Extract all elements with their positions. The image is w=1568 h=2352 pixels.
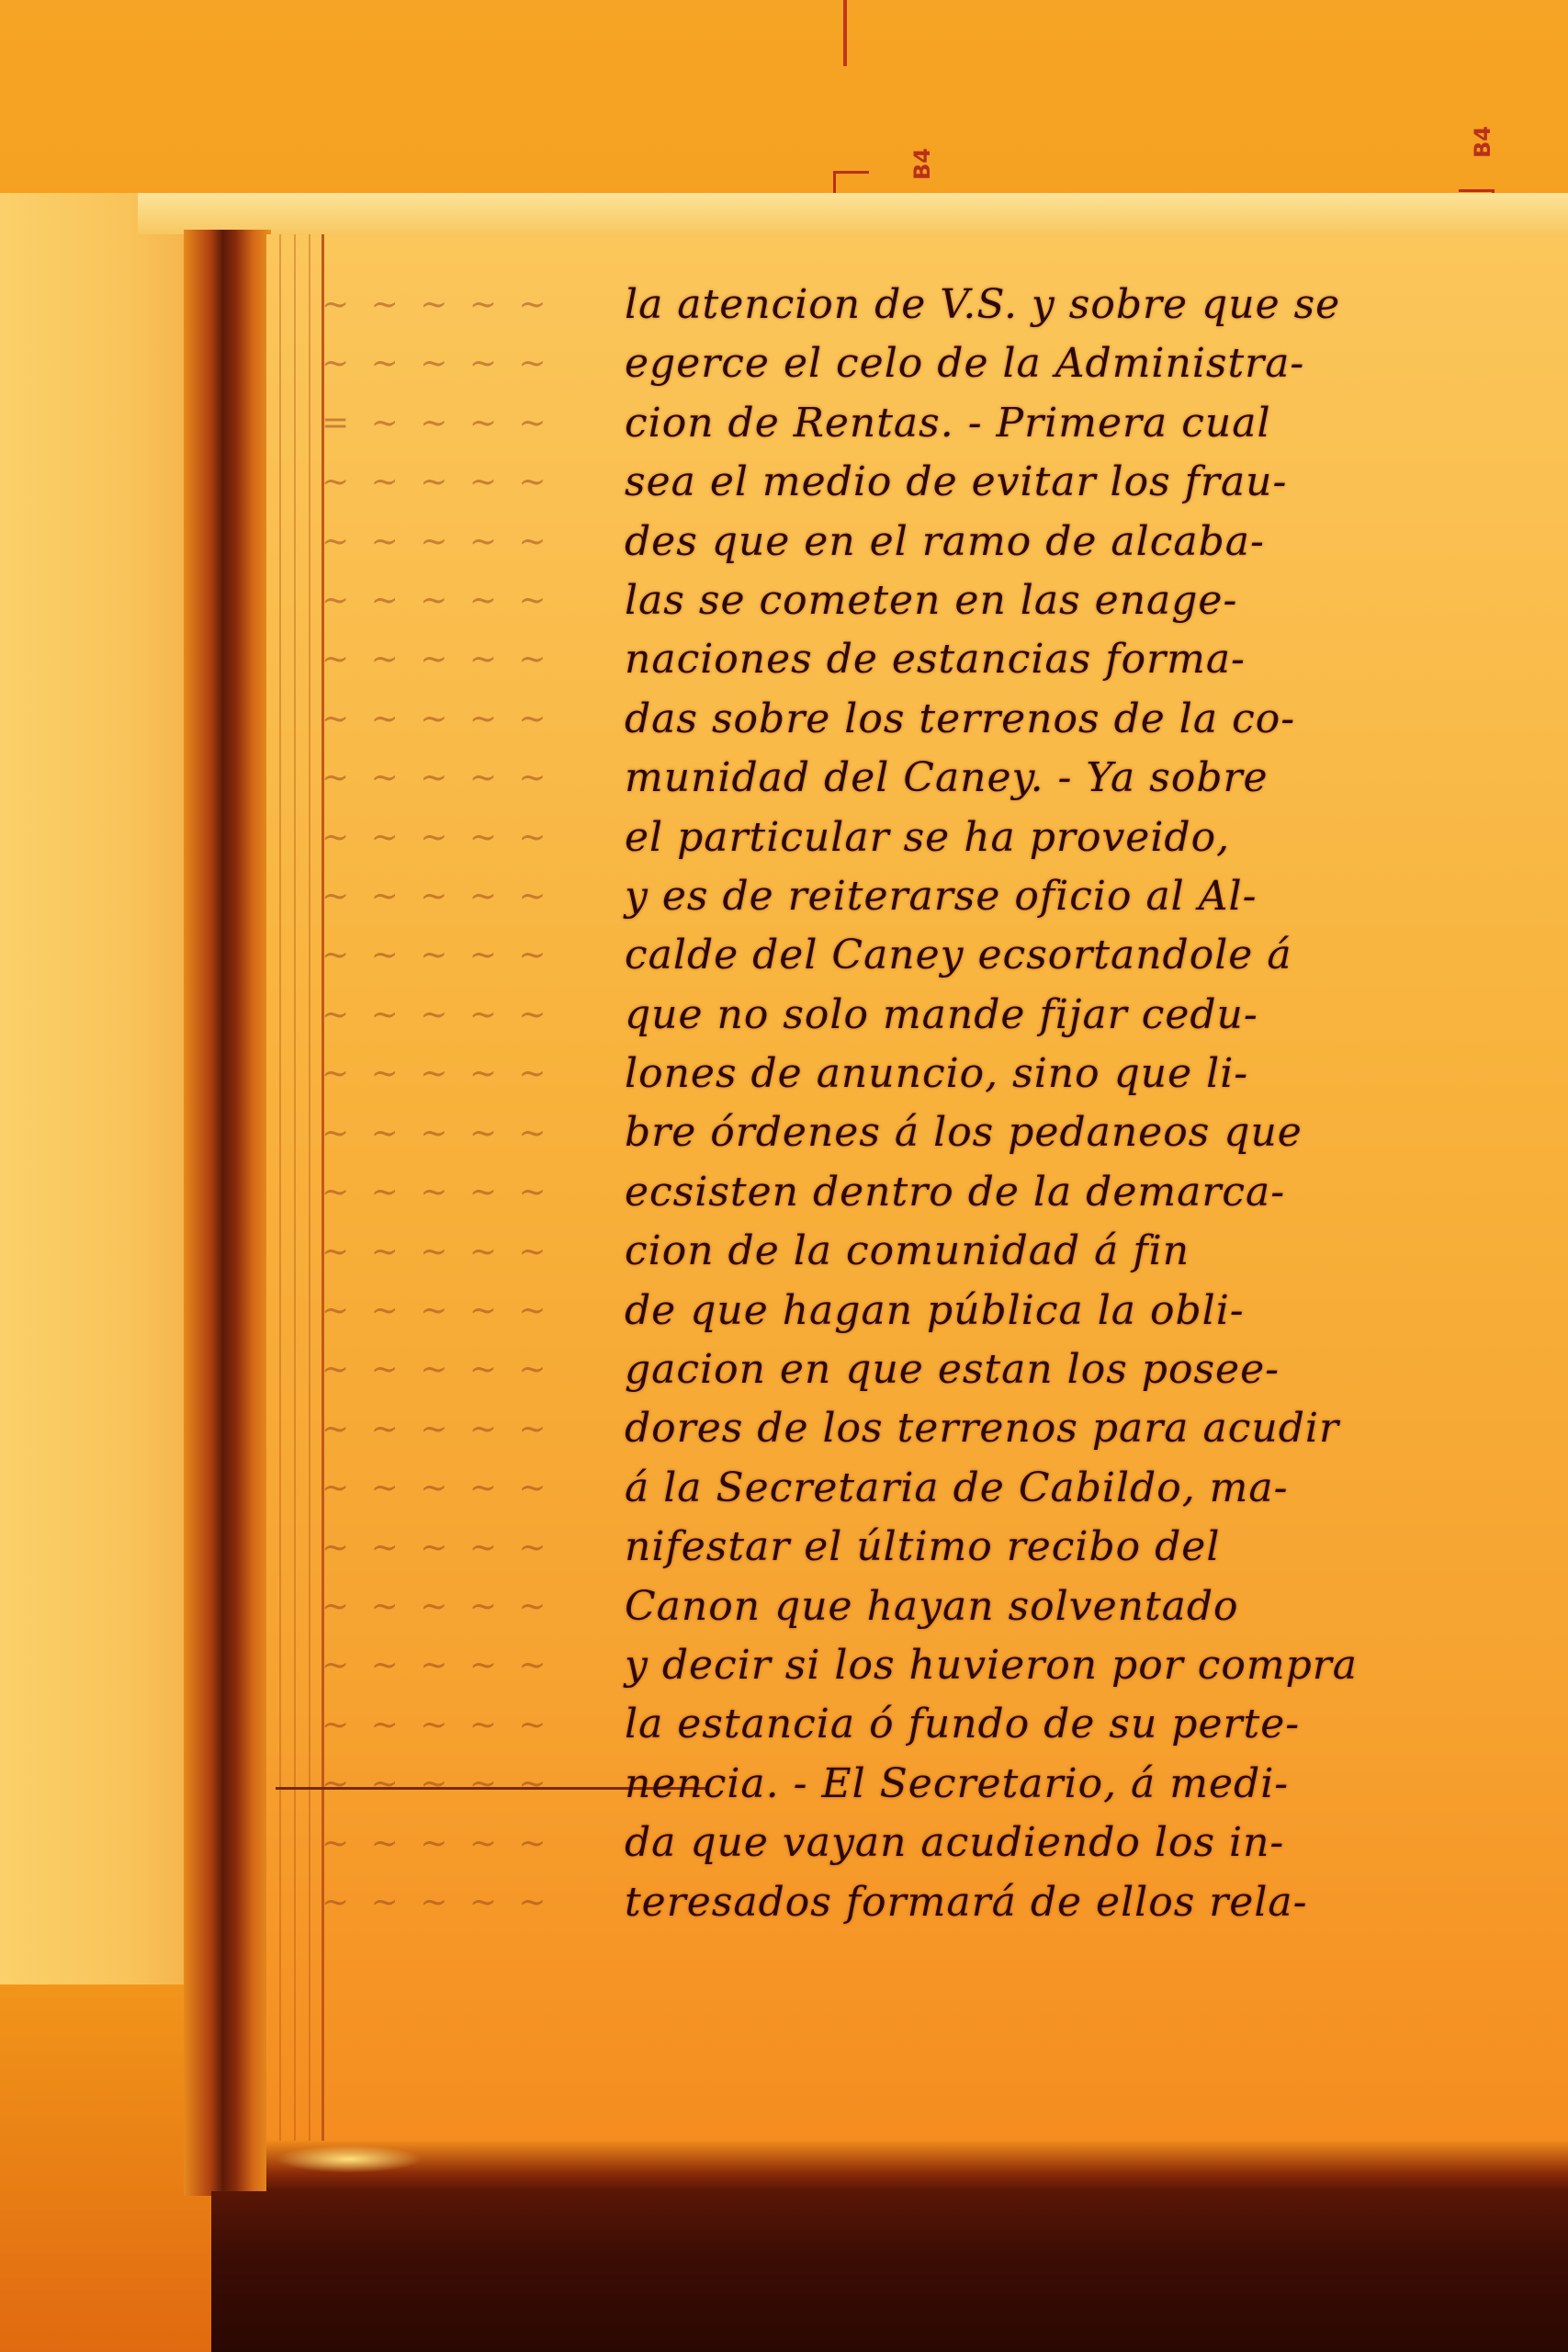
- bleed-line: ~ ~ ~ ~ ~: [321, 630, 625, 689]
- light-glare: [276, 2145, 423, 2173]
- bleed-line: ~ ~ ~ ~ ~: [321, 749, 625, 808]
- bleed-line: ~ ~ ~ ~ ~: [321, 1577, 625, 1636]
- bleed-line: ~ ~ ~ ~ ~: [321, 513, 625, 571]
- bleed-line: ~ ~ ~ ~ ~: [321, 1340, 625, 1399]
- manuscript-line: nencia. - El Secretario, á medi-: [625, 1755, 1543, 1814]
- manuscript-line: das sobre los terrenos de la co-: [625, 690, 1543, 749]
- manuscript-line: la estancia ó fundo de su perte-: [625, 1695, 1543, 1754]
- archive-marker-right: B4: [1470, 126, 1495, 158]
- manuscript-line: ecsisten dentro de la demarca-: [625, 1163, 1543, 1222]
- bleed-line: ~ ~ ~ ~ ~: [321, 808, 625, 867]
- manuscript-text: la atencion de V.S. y sobre que se egerc…: [625, 276, 1543, 1932]
- manuscript-line: y es de reiterarse oficio al Al-: [625, 867, 1543, 926]
- archive-marker-left: B4: [909, 148, 935, 180]
- bleed-line: ~ ~ ~ ~ ~: [321, 1873, 625, 1932]
- paper-top-edge: [138, 193, 1568, 234]
- manuscript-line: da que vayan acudiendo los in-: [625, 1814, 1543, 1872]
- bleed-line: ~ ~ ~ ~ ~: [321, 571, 625, 630]
- manuscript-line: nifestar el último recibo del: [625, 1518, 1543, 1577]
- bleed-line: ~ ~ ~ ~ ~: [321, 1104, 625, 1163]
- manuscript-line: des que en el ramo de alcaba-: [625, 513, 1543, 571]
- facing-sheet: [0, 193, 211, 1984]
- manuscript-line: la atencion de V.S. y sobre que se: [625, 276, 1543, 334]
- manuscript-line: á la Secretaria de Cabildo, ma-: [625, 1459, 1543, 1518]
- bleed-line: ~ ~ ~ ~ ~: [321, 690, 625, 749]
- bleed-line: ~ ~ ~ ~ ~: [321, 1755, 625, 1814]
- bleed-line: ~ ~ ~ ~ ~: [321, 334, 625, 393]
- bleed-line: ~ ~ ~ ~ ~: [321, 867, 625, 926]
- manuscript-line: Canon que hayan solventado: [625, 1577, 1543, 1636]
- manuscript-line: que no solo mande fijar cedu-: [625, 986, 1543, 1045]
- manuscript-line: cion de Rentas. - Primera cual: [625, 394, 1543, 453]
- manuscript-line: teresados formará de ellos rela-: [625, 1873, 1543, 1932]
- facing-sheet-shadow: [0, 1984, 211, 2352]
- book-spine: [184, 230, 271, 2196]
- bleed-line: ~ ~ ~ ~ ~: [321, 1636, 625, 1695]
- bleed-line: ~ ~ ~ ~ ~: [321, 1459, 625, 1518]
- manuscript-line: dores de los terrenos para acudir: [625, 1399, 1543, 1458]
- bleed-line: ~ ~ ~ ~ ~: [321, 1163, 625, 1222]
- bleed-line: ~ ~ ~ ~ ~: [321, 1045, 625, 1103]
- bleed-line: ~ ~ ~ ~ ~: [321, 1282, 625, 1340]
- manuscript-line: de que hagan pública la obli-: [625, 1282, 1543, 1340]
- bleed-line: ~ ~ ~ ~ ~: [321, 1815, 625, 1873]
- manuscript-line: munidad del Caney. - Ya sobre: [625, 749, 1543, 808]
- manuscript-line: bre órdenes á los pedaneos que: [625, 1103, 1543, 1162]
- manuscript-line: cion de la comunidad á fin: [625, 1222, 1543, 1281]
- manuscript-line: sea el medio de evitar los frau-: [625, 453, 1543, 512]
- manuscript-line: lones de anuncio, sino que li-: [625, 1045, 1543, 1103]
- bleed-line: ~ ~ ~ ~ ~: [321, 986, 625, 1045]
- bleed-line: ~ ~ ~ ~ ~: [321, 926, 625, 985]
- bleed-line: ~ ~ ~ ~ ~: [321, 1519, 625, 1577]
- bleed-line: ~ ~ ~ ~ ~: [321, 1696, 625, 1755]
- manuscript-line: naciones de estancias forma-: [625, 630, 1543, 689]
- page-bottom-edge: [266, 2141, 1568, 2196]
- manuscript-line: calde del Caney ecsortandole á: [625, 926, 1543, 985]
- scanner-backdrop: [0, 0, 1568, 220]
- manuscript-line: gacion en que estan los posee-: [625, 1340, 1543, 1399]
- book-bottom-shadow: [211, 2191, 1568, 2352]
- bleed-line: ~ ~ ~ ~ ~: [321, 1223, 625, 1282]
- bleed-through-text: ~ ~ ~ ~ ~ ~ ~ ~ ~ ~ = ~ ~ ~ ~ ~ ~ ~ ~ ~ …: [321, 276, 625, 2021]
- manuscript-line: las se cometen en las enage-: [625, 571, 1543, 630]
- manuscript-line: y decir si los huvieron por compra: [625, 1636, 1543, 1695]
- bleed-line: ~ ~ ~ ~ ~: [321, 453, 625, 512]
- manuscript-line: el particular se ha proveido,: [625, 808, 1543, 867]
- bleed-line: ~ ~ ~ ~ ~: [321, 276, 625, 334]
- manuscript-line: egerce el celo de la Administra-: [625, 334, 1543, 393]
- bleed-line: ~ ~ ~ ~ ~: [321, 1400, 625, 1459]
- bleed-line: = ~ ~ ~ ~: [321, 394, 625, 453]
- ruler-tick: [843, 0, 847, 66]
- page-stack-edge: [266, 234, 324, 2191]
